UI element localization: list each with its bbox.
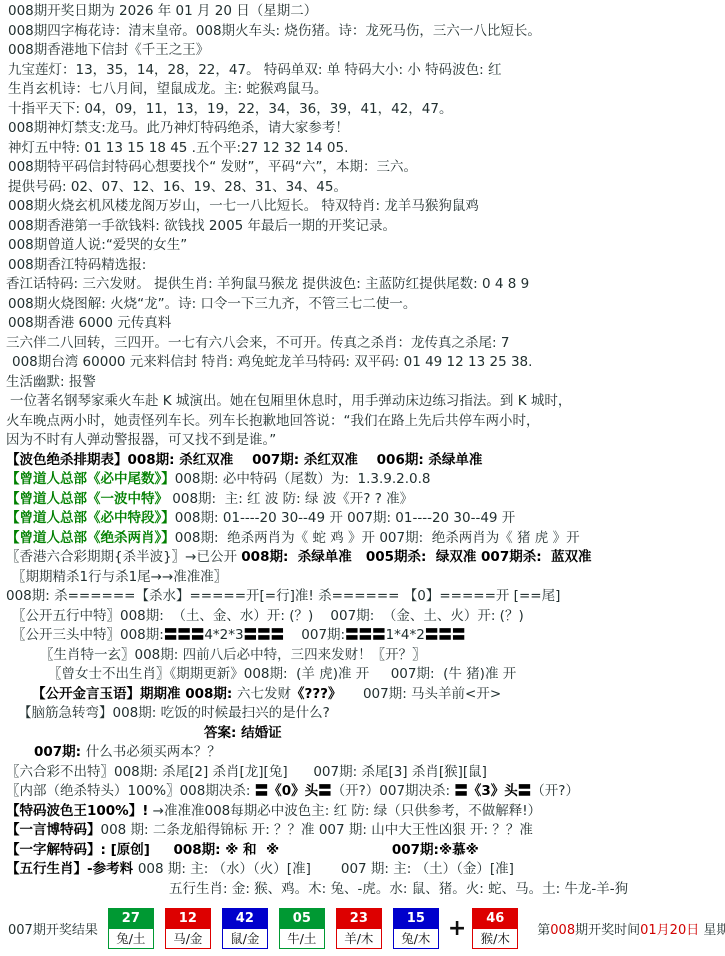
text-line: 【波色绝杀排期表】008期: 杀红双准 007期: 杀红双准 006期: 杀绿单… (4, 451, 725, 471)
text-line: 【曾道人总部《绝杀两肖》】008期: 绝杀两肖为《 蛇 鸡 》开 007期: 绝… (4, 529, 725, 549)
text-line: 五行生肖: 金: 猴、鸡。木: 兔、-虎。水: 鼠、猪。火: 蛇、马。土: 牛龙… (4, 880, 725, 900)
text-line: 〖生肖特一玄〗008期: 四前八后必中特，三四来发财！〖开？〗 (4, 646, 725, 666)
ball-number: 15 (394, 909, 438, 929)
text-line: 〖期期精杀1行与杀1尾→→准准准〗 (4, 568, 725, 588)
text-line: 九宝莲灯：13，35，14，28，22，47。 特码单双: 单 特码大小: 小 … (4, 61, 725, 81)
text-line: 008期曾道人说:“爱哭的女生” (4, 236, 725, 256)
ball-zodiac-element: 羊/木 (337, 929, 381, 948)
text-line: 〖内部（绝杀特头）100%〗008期决杀: 〓《0》头〓（开?）007期决杀: … (4, 782, 725, 802)
plus-sign: + (448, 916, 466, 941)
text-line: 008期香港第一手欲钱料: 欲钱找 2005 年最后一期的开奖记录。 (4, 217, 725, 237)
draw-results-row: 007期开奖结果 27兔/土12马/金42鼠/金05牛/土23羊/木15兔/木 … (0, 903, 725, 953)
result-ball: 12马/金 (165, 908, 211, 949)
text-line: 007期: 什么书必须买两本？？ (4, 743, 725, 763)
text-line: 008期特平码信封特码心想要找个“ 发财”，平码“六”，本期：三六。 (4, 158, 725, 178)
text-line: 008期香港地下信封《千王之王》 (4, 41, 725, 61)
ball-number: 12 (166, 909, 210, 929)
ball-zodiac-element: 鼠/金 (223, 929, 267, 948)
text-line: 【一言博特码】008 期: 二条龙船得锦标 开: ？？准 007 期: 山中大王… (4, 821, 725, 841)
ball-zodiac-element: 牛/土 (280, 929, 324, 948)
text-line: 〖曾女士不出生肖〗《期期更新》008期: (羊 虎)准 开 007期: (牛 猪… (4, 665, 725, 685)
result-ball: 46猴/木 (472, 908, 518, 949)
result-ball: 15兔/木 (393, 908, 439, 949)
text-line: 008期四字梅花诗：清末皇帝。008期火车头: 烧伤猪。诗：龙死马伤，三六一八比… (4, 22, 725, 42)
text-line: 008期香江特码精选报: (4, 256, 725, 276)
text-line: 【曾道人总部《一波中特》 008期: 主: 红 波 防: 绿 波《开? ? 准》 (4, 490, 725, 510)
ball-number: 23 (337, 909, 381, 929)
ball-number: 46 (473, 909, 517, 929)
text-line: 因为不时有人弹动警报器，可又找不到是谁。” (4, 431, 725, 451)
ball-zodiac-element: 猴/木 (473, 929, 517, 948)
result-balls: 27兔/土12马/金42鼠/金05牛/土23羊/木15兔/木 (108, 908, 450, 949)
text-line: 008期火烧图解: 火烧“龙”。诗: 口令一下三九齐，不管三七二使一。 (4, 295, 725, 315)
ball-zodiac-element: 马/金 (166, 929, 210, 948)
result-ball: 23羊/木 (336, 908, 382, 949)
next-draw-info: 第008期开奖时间01月20日 星期二21:3 (537, 919, 725, 938)
text-line: 香江话特码: 三六发财。 提供生肖: 羊狗鼠马猴龙 提供波色: 主蓝防红提供尾数… (4, 275, 725, 295)
text-line: 火车晚点两小时，她责怪列车长。列车长抱歉地回答说：“我们在路上先后共停车两小时， (4, 412, 725, 432)
ball-zodiac-element: 兔/木 (394, 929, 438, 948)
text-line: 008期开奖日期为 2026 年 01 月 20 日（星期二） (4, 2, 725, 22)
ball-number: 27 (109, 909, 153, 929)
text-line: 008期神灯禁支:龙马。此乃神灯特码绝杀，请大家参考！ (4, 119, 725, 139)
content-lines: 008期开奖日期为 2026 年 01 月 20 日（星期二）008期四字梅花诗… (0, 0, 725, 899)
text-line: 【脑筋急转弯】008期: 吃饭的时候最扫兴的是什么? (4, 704, 725, 724)
text-line: 【五行生肖】-参考料 008 期: 主: （水）（火）[准] 007 期: 主:… (4, 860, 725, 880)
text-line: 提供号码: 02、07、12、16、19、28、31、34、45。 (4, 178, 725, 198)
text-line: 〖公开三头中特〗008期:〓〓〓4*2*3〓〓〓 007期:〓〓〓1*4*2〓〓… (4, 626, 725, 646)
text-line: 008期火烧玄机风楼龙阁万岁山，一七一八比短长。 特双特肖: 龙羊马猴狗鼠鸡 (4, 197, 725, 217)
text-line: 神灯五中特: 01 13 15 18 45 .五个平:27 12 32 14 0… (4, 139, 725, 159)
ball-zodiac-element: 兔/土 (109, 929, 153, 948)
text-line: 008期台湾 60000 元来料信封 特肖: 鸡兔蛇龙羊马特码: 双平码: 01… (4, 353, 725, 373)
text-line: 【特码波色王100%】! →准准准008每期必中波色主: 红 防: 绿（只供参考… (4, 802, 725, 822)
ball-number: 42 (223, 909, 267, 929)
lottery-tips-page: 008期开奖日期为 2026 年 01 月 20 日（星期二）008期四字梅花诗… (0, 0, 725, 956)
previous-draw-label: 007期开奖结果 (8, 919, 98, 938)
ball-number: 05 (280, 909, 324, 929)
text-line: 〖公开五行中特〗008期: （土、金、水）开: (？) 007期: （金、土、火… (4, 607, 725, 627)
text-line: 008期香港 6000 元传真料 (4, 314, 725, 334)
text-line: 【曾道人总部《必中尾数》】008期: 必中特码（尾数）为: 1.3.9.2.0.… (4, 470, 725, 490)
text-line: 三六伴二八回转，三四开。一七有六八会来，不可开。传真之杀肖：龙传真之杀尾: 7 (4, 334, 725, 354)
text-line: 十指平天下: 04，09，11，13，19，22，34，36，39，41，42，… (4, 100, 725, 120)
result-ball: 27兔/土 (108, 908, 154, 949)
text-line: 生肖玄机诗：七八月间，望鼠成龙。主: 蛇猴鸡鼠马。 (4, 80, 725, 100)
text-line: 一位著名钢琴家乘火车赴 K 城演出。她在包厢里休息时，用手弹动床边练习指法。到 … (4, 392, 725, 412)
text-line: 【曾道人总部《必中特段》】008期: 01----20 30--49 开 007… (4, 509, 725, 529)
text-line: 答案: 结婚证 (4, 724, 725, 744)
text-line: 008期: 杀======【杀水】=====开[=行]准! 杀====== 【0… (4, 587, 725, 607)
text-line: 〖六合彩不出特〗008期: 杀尾[2] 杀肖[龙][兔] 007期: 杀尾[3]… (4, 763, 725, 783)
text-line: 【公开金言玉语】期期准 008期: 六七发财《???》 007期: 马头羊前<开… (4, 685, 725, 705)
result-ball: 05牛/土 (279, 908, 325, 949)
text-line: 【一字解特码】: [原创] 008期: ※ 和 ※ 007期:※慕※ (4, 841, 725, 861)
text-line: 生活幽默: 报警 (4, 373, 725, 393)
special-ball-slot: 46猴/木 (472, 908, 529, 949)
result-ball: 42鼠/金 (222, 908, 268, 949)
text-line: 〖香港六合彩期期{杀半波}〗→已公开 008期: 杀绿单准 005期杀: 绿双准… (4, 548, 725, 568)
